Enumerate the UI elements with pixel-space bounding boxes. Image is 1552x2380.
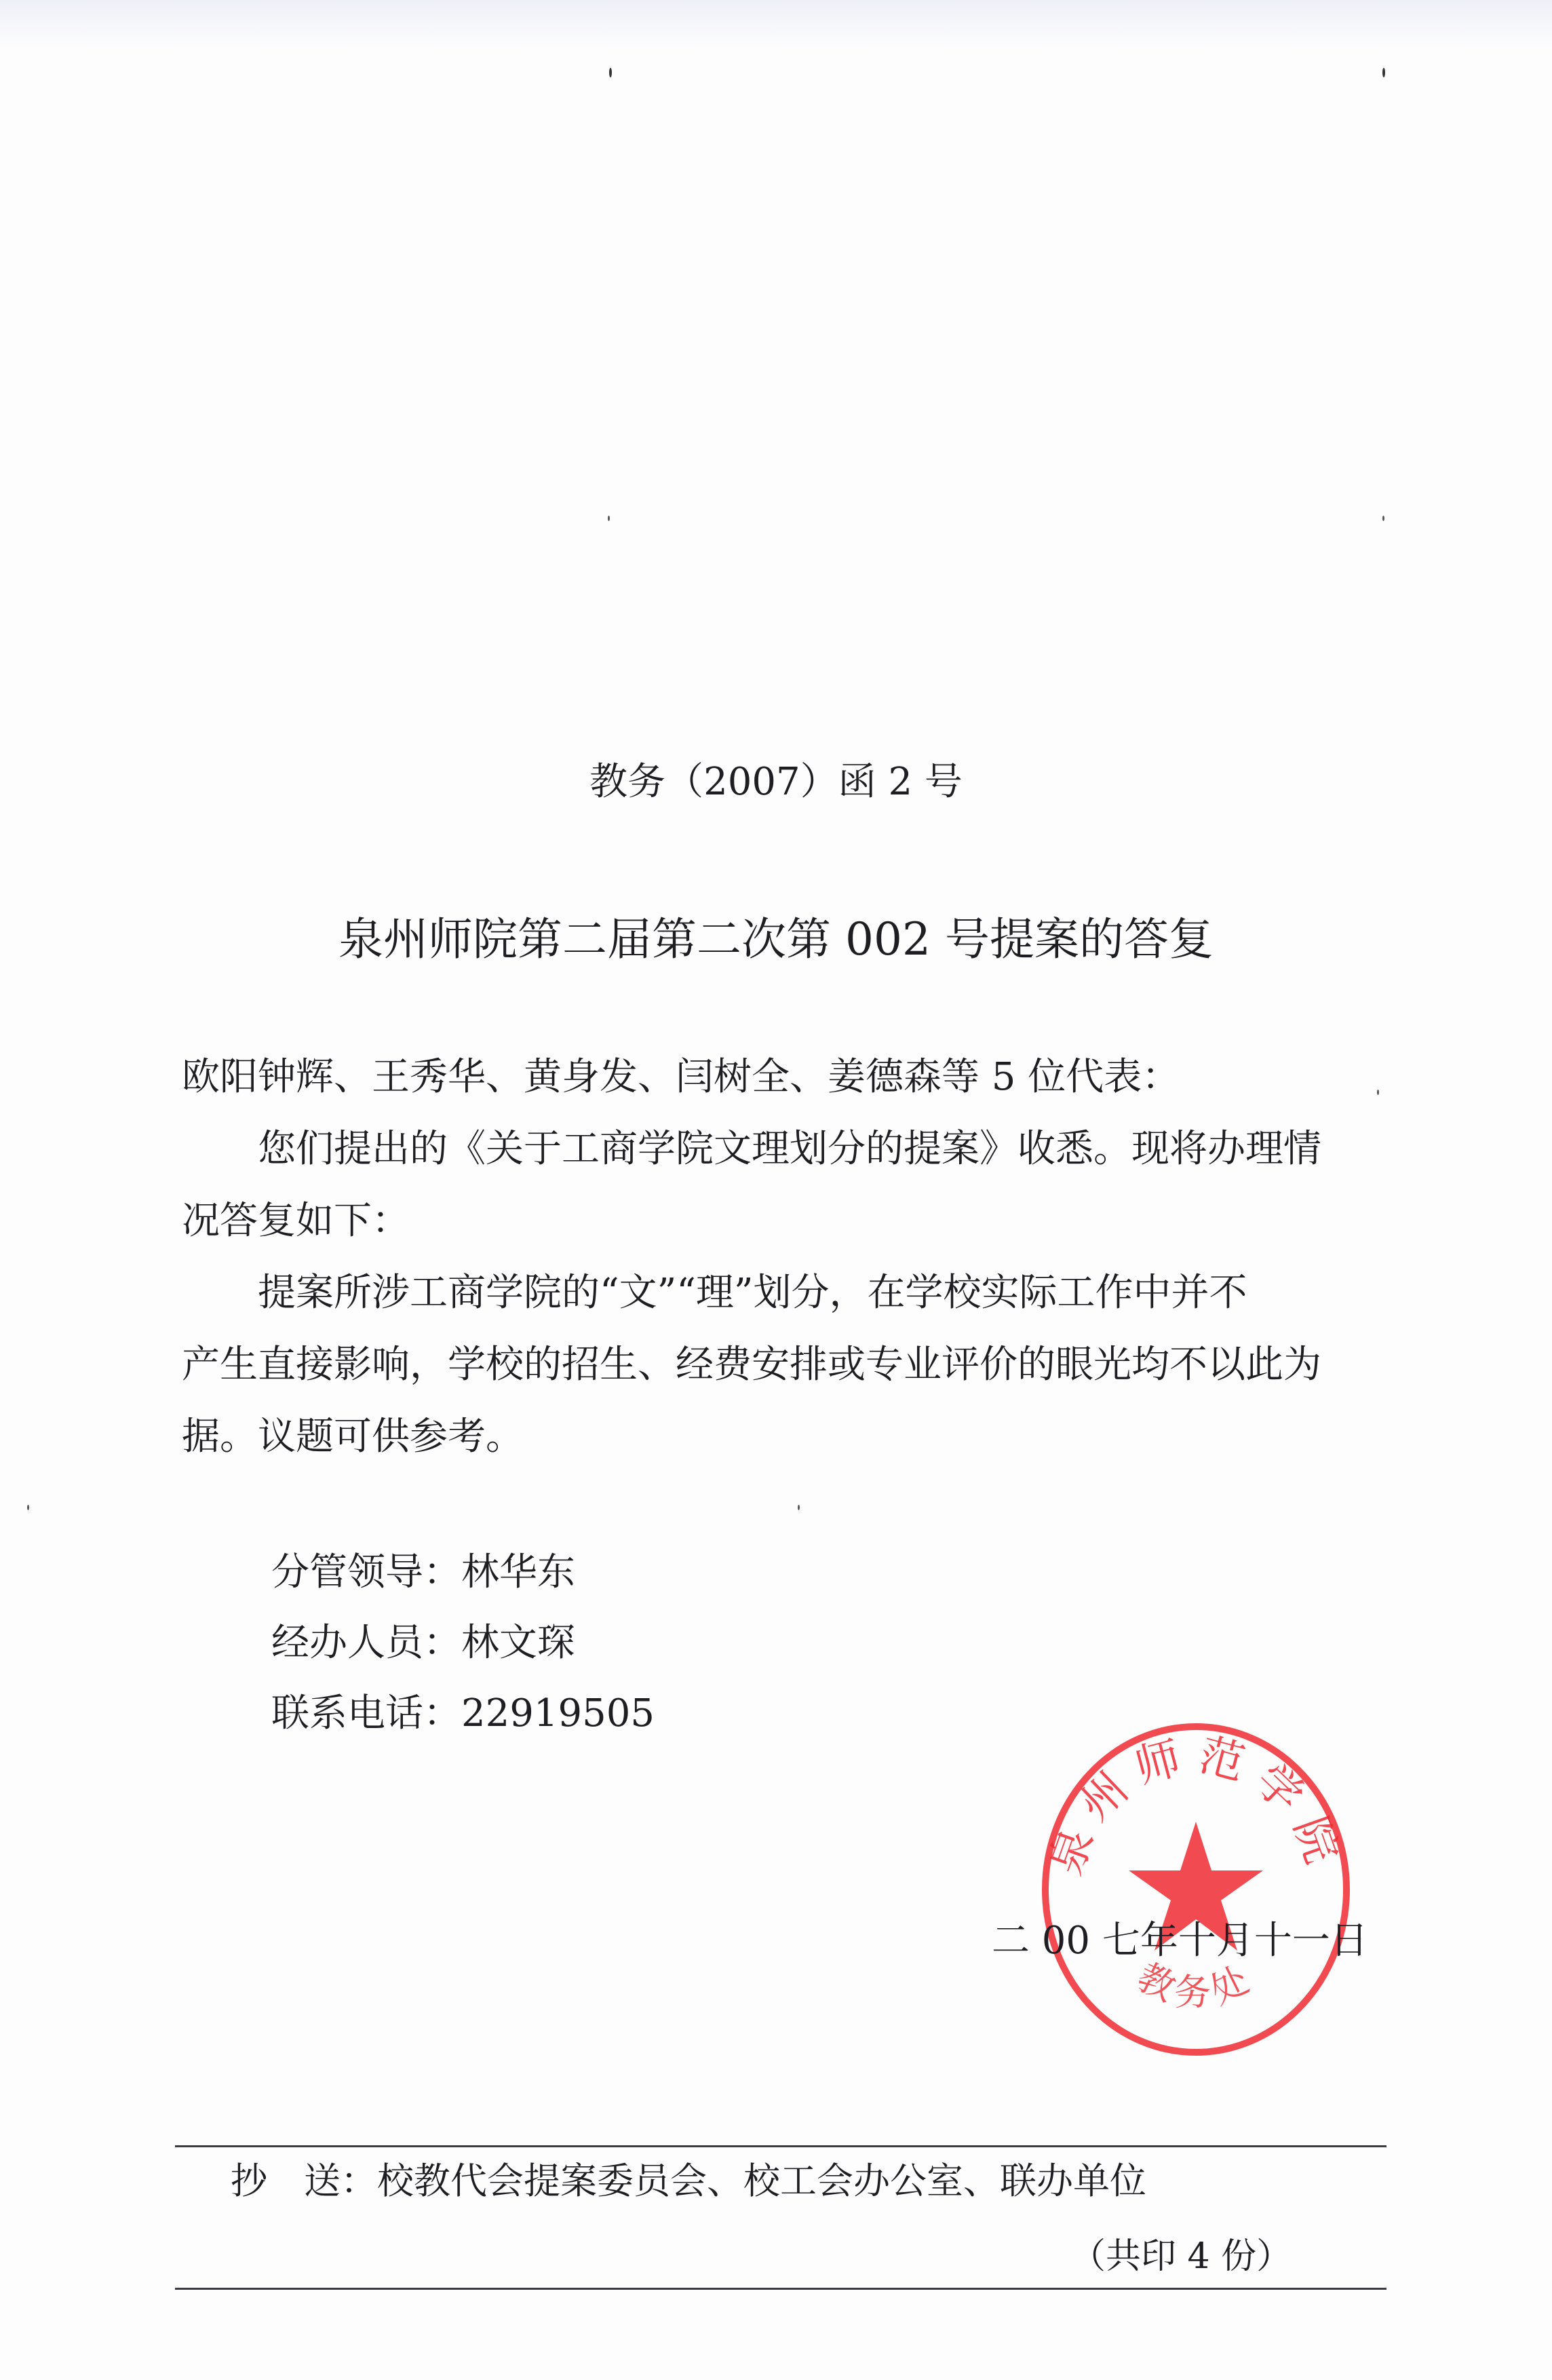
document-number: 教务（2007）函 2 号 <box>0 763 1552 801</box>
body-paragraph-2-line-1: 提案所涉工商学院的“文”“理”划分，在学校实际工作中并不 <box>258 1274 1499 1312</box>
contact-value: 林文琛 <box>461 1621 575 1665</box>
svg-text:泉州师范学院: 泉州师范学院 <box>1039 1728 1352 1881</box>
scan-background-tint <box>0 0 1552 47</box>
document-date: 二 00 七年十月十一日 <box>992 1911 1368 1965</box>
binding-mark <box>1382 68 1385 77</box>
body-paragraph-1-line-2: 况答复如下： <box>182 1202 1423 1240</box>
body-paragraph-2-line-3: 据。议题可供参考。 <box>182 1418 1423 1456</box>
document-title: 泉州师院第二届第二次第 002 号提案的答复 <box>0 917 1552 962</box>
contact-row-handler: 经办人员：林文琛 <box>271 1624 575 1662</box>
body-paragraph-2-line-2: 产生直接影响，学校的招生、经费安排或专业评价的眼光均不以此为 <box>182 1346 1423 1384</box>
contact-label: 分管领导： <box>271 1550 461 1594</box>
body-paragraph-1-line-1: 您们提出的《关于工商学院文理划分的提案》收悉。现将办理情 <box>258 1130 1499 1168</box>
cc-label: 抄 送： <box>231 2160 377 2202</box>
scan-mark <box>608 516 610 521</box>
copies-count: （共印 4 份） <box>1070 2239 1292 2274</box>
contact-row-phone: 联系电话：22919505 <box>271 1695 655 1733</box>
contact-label: 联系电话： <box>271 1691 461 1735</box>
scan-mark <box>798 1505 800 1510</box>
contact-value: 林华东 <box>461 1550 575 1594</box>
official-seal-stamp: 泉州师范学院 教务处 <box>1036 1720 1355 2059</box>
cc-bottom-rule <box>175 2288 1386 2290</box>
contact-value: 22919505 <box>461 1691 655 1735</box>
cc-line: 抄 送：校教代会提案委员会、校工会办公室、联办单位 <box>231 2163 1146 2200</box>
scan-mark <box>27 1505 29 1510</box>
contact-label: 经办人员： <box>271 1621 461 1665</box>
contact-row-leader: 分管领导：林华东 <box>271 1554 575 1592</box>
salutation: 欧阳钟辉、王秀华、黄身发、闫树全、姜德森等 5 位代表： <box>182 1058 1423 1096</box>
binding-mark <box>609 68 612 77</box>
cc-recipients: 校教代会提案委员会、校工会办公室、联办单位 <box>377 2160 1146 2202</box>
scan-mark <box>1382 516 1384 521</box>
cc-top-rule <box>175 2145 1386 2147</box>
